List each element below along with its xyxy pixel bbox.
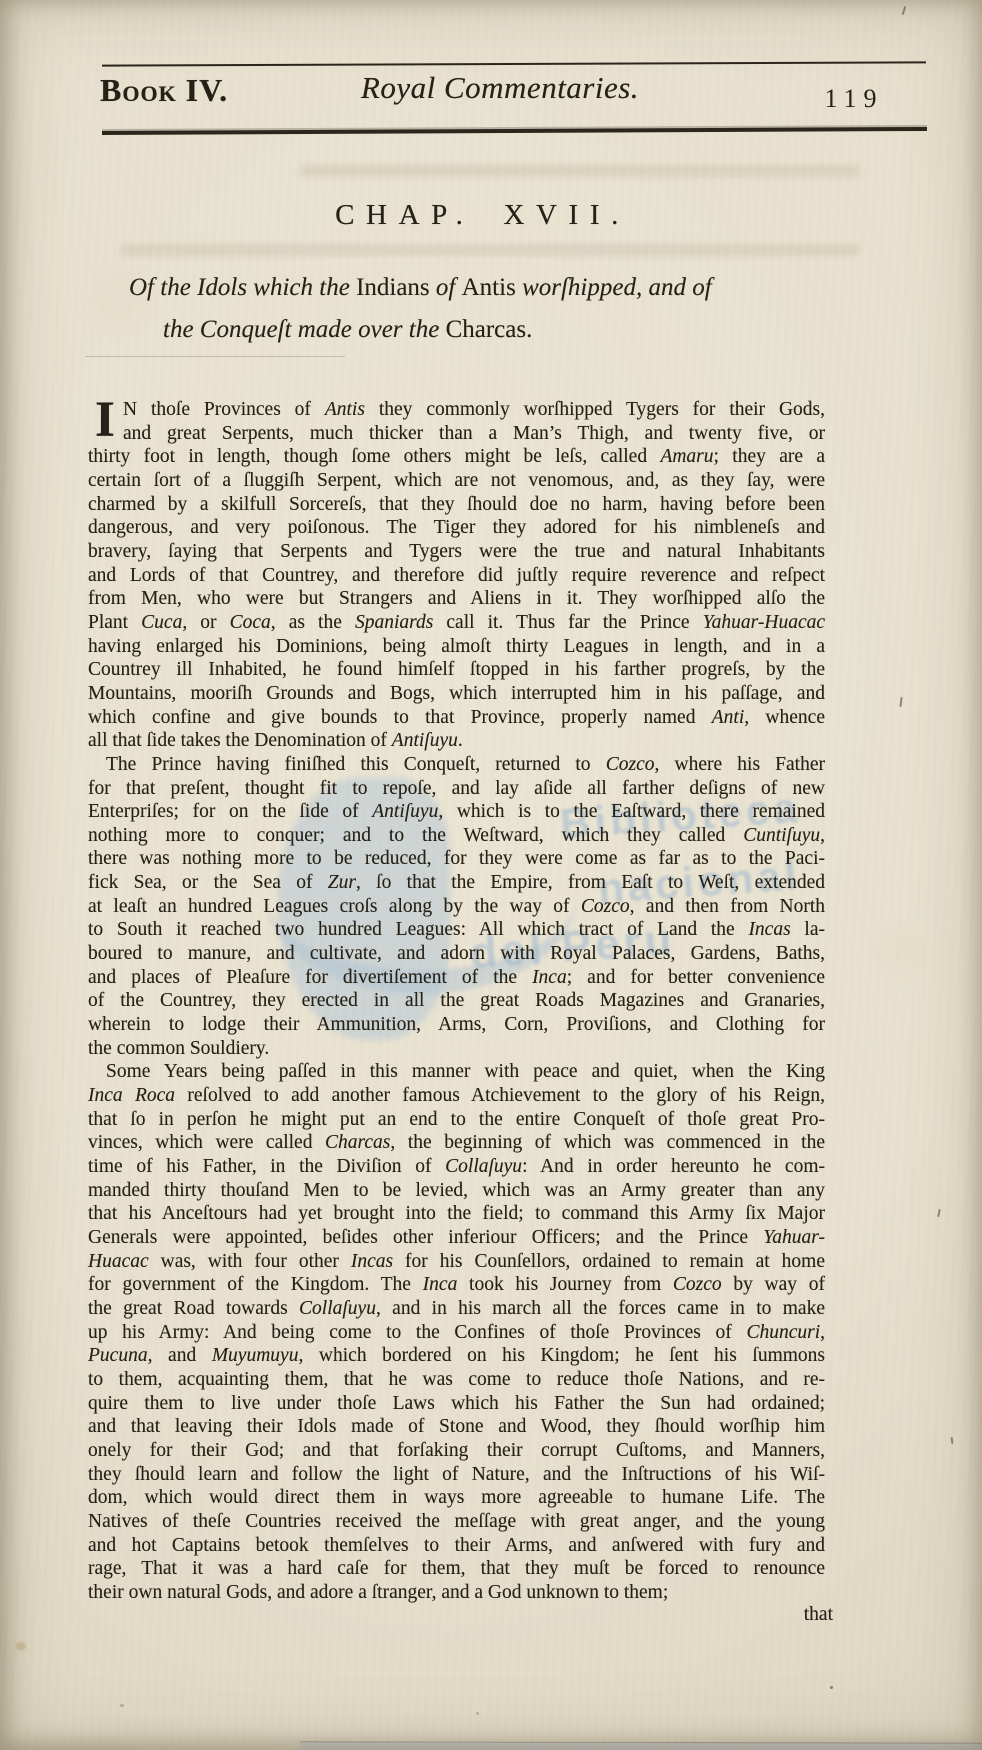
text-line: wherein to lodge their Ammunition, Arms,… [88,1013,825,1037]
text-line: there was nothing more to be reduced, fo… [88,847,825,871]
text-line: Huacac was, with four other Incas for hi… [88,1250,825,1274]
scan-edge [300,1742,982,1750]
subtitle-line: Of the Idols which the Indians of Antis … [129,274,712,302]
text-line: The Prince having finiſhed this Conqueſt… [88,753,825,777]
ink-speck [902,6,907,15]
text-line: all that ſide takes the Denomination of … [88,729,825,753]
text-line: of the Countrey, they erected in all the… [88,989,825,1013]
ink-speck [476,1712,479,1715]
header-rule-bottom [102,127,927,135]
catchword: that [640,1604,833,1626]
text-line: onely for their God; and that forſaking … [88,1439,825,1463]
text-line: they ſhould learn and follow the light o… [88,1463,825,1487]
text-line: Countrey ill Inhabited, he found himſelf… [88,658,825,682]
text-line: that ſo in perſon he might put an end to… [88,1108,825,1132]
ink-speck [899,697,902,707]
page-number: 119 [796,84,912,114]
text-line: up his Army: And being come to the Confi… [88,1321,825,1345]
text-line: boured to manure, and cultivate, and ado… [88,942,825,966]
text-line: Generals were appointed, beſides other i… [88,1226,825,1250]
paper-stain [16,1642,26,1650]
text-line: quire them to live under thoſe Laws whic… [88,1392,825,1416]
text-line: and hot Captains betook themſelves to th… [88,1534,825,1558]
text-line: certain ſort of a ſluggiſh Serpent, whic… [88,469,825,493]
text-line: Some Years being paſſed in this manner w… [88,1060,825,1084]
text-line: at leaſt an hundred Leagues croſs along … [88,895,825,919]
ink-speck [951,1437,954,1444]
subtitle-line: the Conqueſt made over the Charcas. [163,316,532,344]
body-text: IN thoſe Provinces of Antis they commonl… [88,398,825,1604]
text-line: nothing more to conquer; and to the Weſt… [88,824,825,848]
text-line: Enterpriſes; for on the ſide of Antiſuyu… [88,800,825,824]
text-line: which confine and give bounds to that Pr… [88,706,825,730]
text-line: dom, which would direct them in ways mor… [88,1486,825,1510]
text-line: to them, acquainting them, that he was c… [88,1368,825,1392]
text-line: vinces, which were called Charcas, the b… [88,1131,825,1155]
drop-cap: I [95,400,117,441]
show-through-ghost [120,244,860,256]
running-header-title: Royal Commentaries. [280,70,720,106]
paragraph: The Prince having finiſhed this Conqueſt… [88,753,825,1061]
text-line: Mountains, mooriſh Grounds and Bogs, whi… [88,682,825,706]
text-line: their own natural Gods, and adore a ſtra… [88,1581,825,1605]
text-line: manded thirty thouſand Men to be levied,… [88,1179,825,1203]
text-line: rage, That it was a hard caſe for them, … [88,1557,825,1581]
text-line: for that preſent, thought fit to repoſe,… [88,777,825,801]
text-line: charmed by a skilfull Sorcereſs, that th… [88,493,825,517]
text-line: the common Souldiery. [88,1037,825,1061]
text-line: the great Road towards Collaſuyu, and in… [88,1297,825,1321]
text-line: Plant Cuca, or Coca, as the Spaniards ca… [88,611,825,635]
book-page-scan: Biblioteca nacional del Peru Book IV. Ro… [0,0,982,1750]
ink-speck [120,1704,124,1707]
text-line: fick Sea, or the Sea of Zur, ſo that the… [88,871,825,895]
show-through-ghost [300,165,860,177]
ink-speck [937,1209,941,1217]
ink-speck [830,1686,833,1689]
paragraph: Some Years being paſſed in this manner w… [88,1060,825,1604]
text-line: Pucuna, and Muyumuyu, which bordered on … [88,1344,825,1368]
text-line: and places of Pleaſure for divertiſement… [88,966,825,990]
text-line: thirty foot in length, though ſome other… [88,445,825,469]
scan-artifact-line [85,356,345,357]
text-line: to South it reached two hundred Leagues:… [88,918,825,942]
paragraph: IN thoſe Provinces of Antis they commonl… [88,398,825,753]
text-line: dangerous, and very poiſonous. The Tiger… [88,516,825,540]
text-line: for government of the Kingdom. The Inca … [88,1273,825,1297]
running-header-book: Book IV. [100,72,228,109]
text-line: and great Serpents, much thicker than a … [88,422,825,446]
text-line: and Lords of that Countrey, and therefor… [88,564,825,588]
text-line: from Men, who were but Strangers and Ali… [88,587,825,611]
text-line: time of his Father, in the Diviſion of C… [88,1155,825,1179]
chapter-heading: CHAP. XVII. [88,199,851,232]
text-line: that his Anceſtours had yet brought into… [88,1202,825,1226]
text-line: N thoſe Provinces of Antis they commonly… [88,398,825,422]
text-line: and that leaving their Idols made of Sto… [88,1415,825,1439]
header-rule-top [102,61,926,66]
text-line: Natives of theſe Countries received the … [88,1510,825,1534]
text-line: Inca Roca reſolved to add another famous… [88,1084,825,1108]
text-line: bravery, ſaying that Serpents and Tygers… [88,540,825,564]
text-line: having enlarged his Dominions, being alm… [88,635,825,659]
